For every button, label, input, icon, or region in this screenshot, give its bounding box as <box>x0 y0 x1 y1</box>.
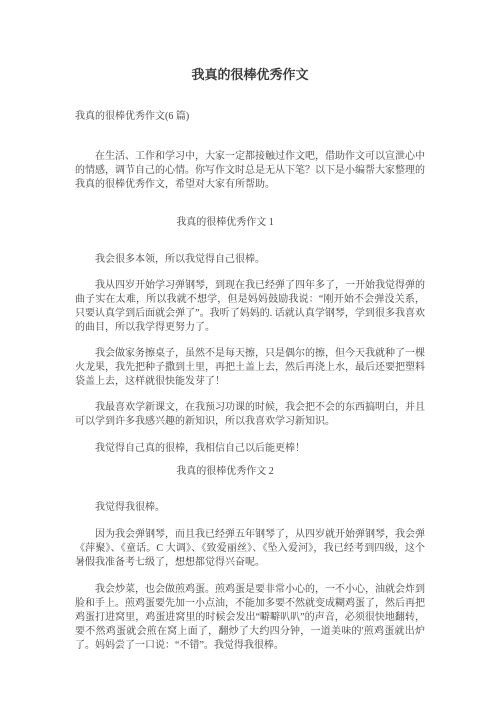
section-2-paragraph-3: 我会炒菜，也会做煎鸡蛋。煎鸡蛋是要非常小心的，一不小心，油就会炸到脸和手上。煎鸡… <box>75 583 425 653</box>
section-1-paragraph-2: 我从四岁开始学习弹钢琴，到现在我已经弹了四年多了，一开始我觉得弹的曲子实在太难，… <box>75 279 425 335</box>
section-1-paragraph-1: 我会很多本领，所以我觉得自己很棒。 <box>75 253 425 267</box>
section-1-paragraph-3: 我会做家务擦桌子，虽然不是每天擦，只是偶尔的擦，但今天我就种了一棵火龙果，我先把… <box>75 347 425 389</box>
section-2-paragraph-1: 我觉得我很棒。 <box>75 501 425 515</box>
section-1-paragraph-5: 我觉得自己真的很棒，我相信自己以后能更棒！ <box>75 442 425 456</box>
essay-section-1: 我真的很棒优秀作文 1 我会很多本领，所以我觉得自己很棒。 我从四岁开始学习弹钢… <box>75 216 425 456</box>
document-page: 我真的很棒优秀作文 我真的很棒优秀作文(6 篇) 在生活、工作和学习中，大家一定… <box>0 0 500 708</box>
essay-section-2: 我真的很棒优秀作文 2 我觉得我很棒。 因为我会弹钢琴，而且我已经弹五年钢琴了，… <box>75 465 425 653</box>
section-1-heading: 我真的很棒优秀作文 1 <box>75 216 375 230</box>
document-title: 我真的很棒优秀作文 <box>75 66 425 83</box>
section-2-heading: 我真的很棒优秀作文 2 <box>75 465 375 479</box>
document-subtitle: 我真的很棒优秀作文(6 篇) <box>75 110 425 124</box>
intro-paragraph: 在生活、工作和学习中，大家一定都接触过作文吧，借助作文可以宣泄心中的情感，调节自… <box>75 150 425 192</box>
section-2-paragraph-2: 因为我会弹钢琴，而且我已经弹五年钢琴了，从四岁就开始弹钢琴，我会弹《萍聚》、《童… <box>75 528 425 570</box>
section-1-paragraph-4: 我最喜欢学新课文，在我预习功课的时候，我会把不会的东西搞明白，并且可以学到许多我… <box>75 401 425 429</box>
